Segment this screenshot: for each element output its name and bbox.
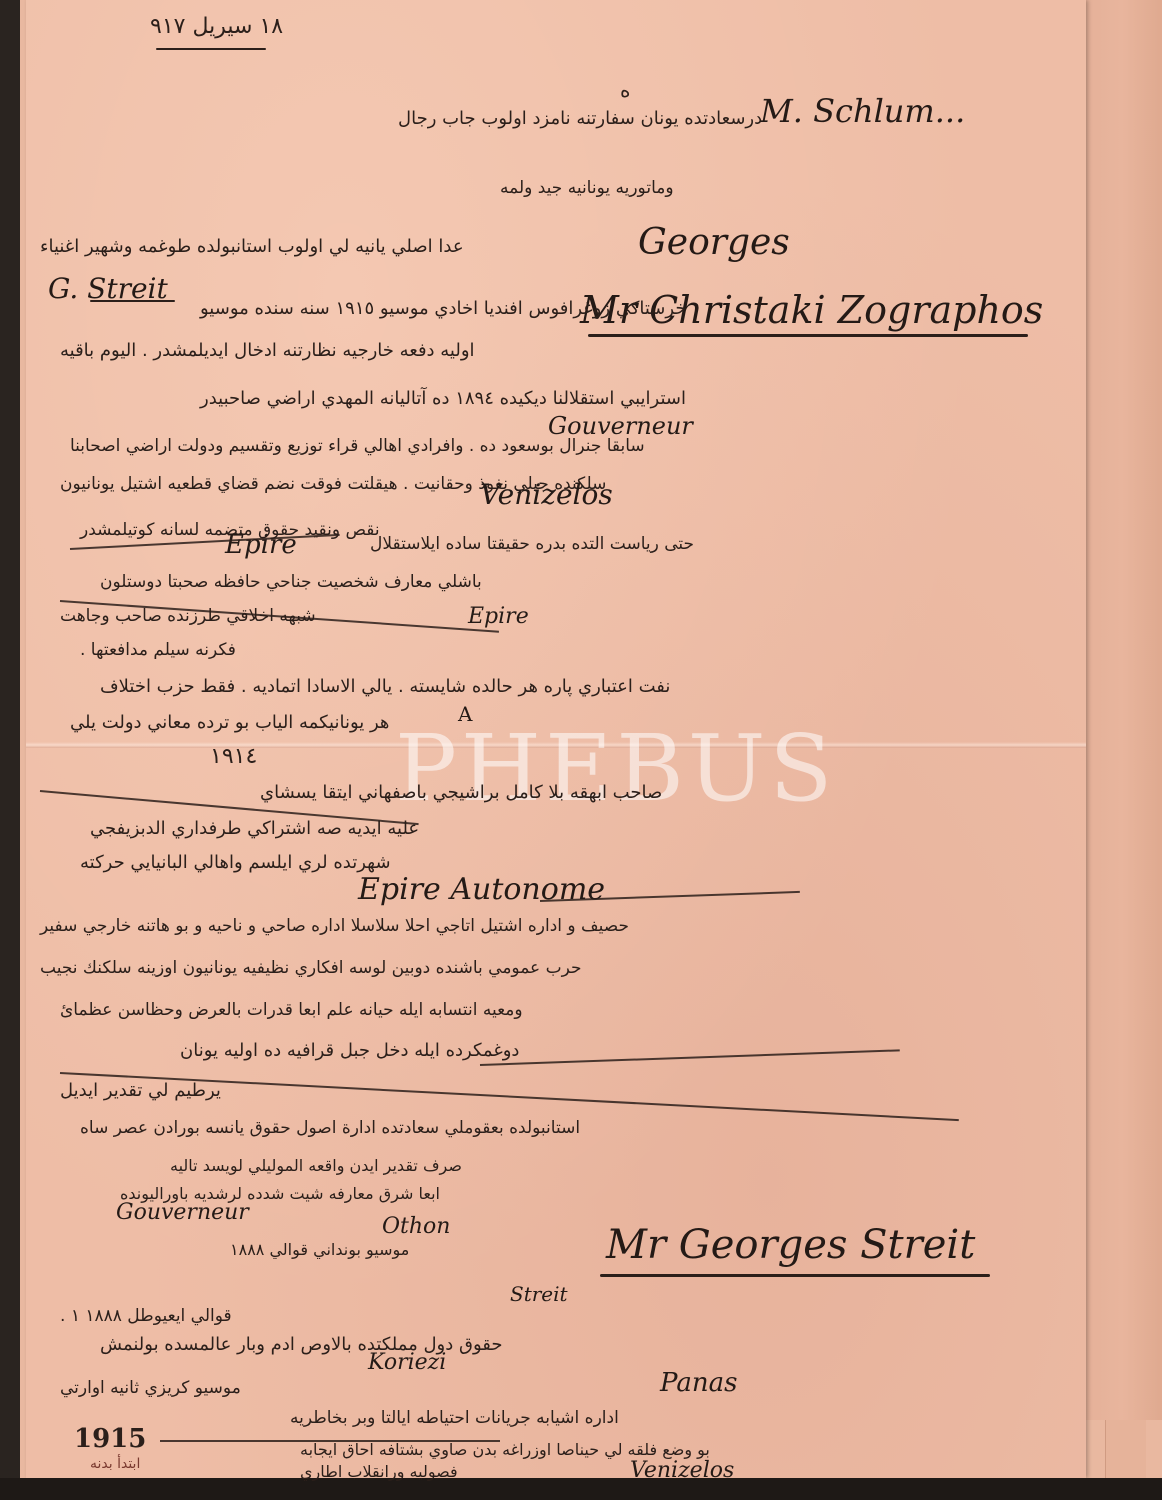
word-koriezi: Koriezi xyxy=(368,1350,446,1375)
word-othon: Othon xyxy=(382,1214,450,1239)
name-underline xyxy=(588,334,1028,337)
body-line-16: شهرتده لري ايلسم واهالي البانيايي حركته xyxy=(80,852,391,873)
body-line-28: موسيو كريزي ثانيه اوارتي xyxy=(60,1378,241,1398)
body-line-13: هر يونانيكمه الياب بو ترده معاني دولت يل… xyxy=(70,712,389,733)
word-gouverneur-2: Gouverneur xyxy=(116,1200,249,1225)
body-line-1: عدا اصلي يانيه لي اولوب استانبولده طوغمه… xyxy=(40,236,464,257)
signature-underline xyxy=(600,1274,990,1277)
body-line-8: حتى رياست التده بدره حقيقتا ساده ايلاستق… xyxy=(370,534,694,554)
scan-edge xyxy=(0,1478,1162,1500)
date-underline xyxy=(156,48,266,50)
body-line-11: فكرنه سيلم مدافعتها . xyxy=(80,640,236,660)
body-line-15: عليه ايديه صه اشتراكي طرفداري الدبزيفجي xyxy=(90,818,419,839)
body-line-2: خرستاكي زوغرافوس افنديا اخادي موسيو ١٩١٥… xyxy=(200,298,686,319)
body-line-31: فصوليه ورانقلاب اطاري xyxy=(300,1462,458,1481)
word-venizelos: Venizelos xyxy=(480,478,613,511)
signature-georges-streit: Mr Georges Streit xyxy=(606,1222,975,1268)
body-line-29: اداره اشيابه جريانات احتياطه ايالتا وبر … xyxy=(290,1408,619,1428)
body-line-12: نفت اعتباري پاره هر حالده شايسته . يالي … xyxy=(100,676,670,697)
word-epire-autonome: Epire Autonome xyxy=(358,872,605,907)
word-epire-1: Epire xyxy=(225,530,297,560)
heading-line-1: درسعادتده يونان سفارتنه نامزد اولوب جاب … xyxy=(398,108,762,129)
bleedthrough-text: M. Schlum... xyxy=(760,92,965,130)
heading-line-2: وماتوريه يونانيه جيد ولمه xyxy=(500,178,674,198)
year-1914: ١٩١٤ xyxy=(210,744,257,769)
body-line-18: حرب عمومي باشنده دوبين لوسه افكاري نظيفي… xyxy=(40,958,581,978)
word-venizelos-2: Venizelos xyxy=(630,1458,734,1483)
body-line-4: استرايبي استقلالنا ديكيده ١٨٩٤ ده آتاليا… xyxy=(200,388,686,409)
body-line-19: ومعيه انتسابه ايله حيانه علم ابعا قدرات … xyxy=(60,1000,523,1020)
year-1915: 1915 xyxy=(74,1424,146,1454)
word-streit-small: Streit xyxy=(510,1282,568,1306)
body-line-21: يرطيم لي تقدير ايديل xyxy=(60,1080,221,1101)
watermark: PHEBUS xyxy=(395,715,836,822)
body-line-30: بو وضع فلقه لي حيناصا اوزراغه بدن صاوي ب… xyxy=(300,1440,710,1459)
body-line-26: قوالي ايعيوطل ١٨٨٨ ١ . xyxy=(60,1306,232,1326)
page-mark: ه xyxy=(620,78,630,102)
streit-underline xyxy=(90,300,175,302)
body-line-14: صاحب ابهقه بلا كامل براشيجي باصفهاني ايت… xyxy=(260,782,662,803)
body-line-20: دوغمكرده ايله دخل جبل قرافيه ده اوليه يو… xyxy=(180,1040,519,1061)
word-panas: Panas xyxy=(660,1368,737,1398)
body-line-23: صرف تقدير ايدن واقعه الموليلي لويسد تالي… xyxy=(170,1156,462,1175)
body-line-22: استانبولده بعقوملي سعادتده ادارة اصول حق… xyxy=(80,1118,580,1138)
body-line-17: حصيف و اداره اشتيل اتاجي احلا سلاسلا ادا… xyxy=(40,916,629,936)
word-epire-2: Epire xyxy=(468,604,529,629)
body-line-9: باشلي معارف شخصيت جناحي حافظه صحبتا دوست… xyxy=(100,572,482,592)
name-georges: Georges xyxy=(638,222,790,263)
body-line-5: سابقا جنرال بوسعود ده . وافرادي اهالي قر… xyxy=(70,436,645,456)
date-header: ١٨ سيريل ٩١٧ xyxy=(150,14,283,39)
body-line-3: اوليه دفعه خارجيه نظارتنه ادخال ايديلمشد… xyxy=(60,340,475,361)
margin-note-bottom-left: ابتدأ بدنه xyxy=(90,1456,140,1472)
body-line-25: موسيو بونداني قوالي ١٨٨٨ xyxy=(230,1240,409,1259)
